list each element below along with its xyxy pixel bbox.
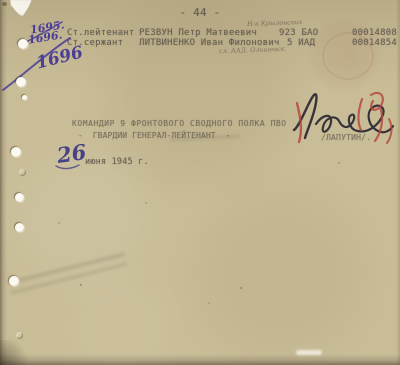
pencil-note-row-2: сл. ААД. Ольшевск. [219, 45, 287, 55]
punch-hole [18, 39, 28, 49]
punch-hole [15, 223, 24, 232]
punch-hole [22, 95, 27, 100]
paper-speck [208, 302, 210, 304]
punch-hole [16, 77, 26, 87]
roster-row-1-unit: 923 БАО [279, 28, 318, 38]
roster-row-1-rank: Ст.лейтенант [67, 28, 134, 38]
paper-speck [240, 287, 242, 289]
scanned-document-page: - 44 - Ст.лейтенант РЕЗВУН Петр Матвееви… [0, 0, 400, 365]
paper-speck [80, 284, 82, 286]
bleedthrough-smudge [7, 248, 130, 302]
paper-speck [145, 202, 147, 204]
page-number: - 44 - [170, 6, 230, 19]
stamp-ghost [322, 32, 374, 80]
date-day-handwritten: 26 [55, 139, 87, 168]
punch-hole [9, 276, 19, 286]
white-blemish [296, 350, 322, 355]
pencil-note-row-1: Н-к Крыловских [247, 18, 303, 28]
date-typed: июня 1945 г. [85, 157, 149, 167]
signature-ink [294, 94, 393, 138]
corner-shadow [0, 340, 30, 365]
punch-dent [16, 332, 23, 339]
commander-typed-surname: /ЛАПУТИН/. [321, 133, 371, 142]
commander-title-line: КОМАНДИР 9 ФРОНТОВОГО СВОДНОГО ПОЛКА ПВО [72, 119, 287, 128]
punch-hole [15, 193, 24, 202]
edge-speck [2, 2, 7, 6]
paper-speck [338, 162, 340, 164]
torn-corner [9, 0, 33, 17]
roster-row-1-name: РЕЗВУН Петр Матвеевич [139, 28, 257, 38]
punch-dent [19, 169, 26, 176]
roster-row-2-unit: 5 ИАД [287, 38, 315, 48]
punch-hole [11, 147, 21, 157]
registry-number-1696-large: 1696 [34, 43, 85, 74]
paper-speck [58, 222, 60, 224]
